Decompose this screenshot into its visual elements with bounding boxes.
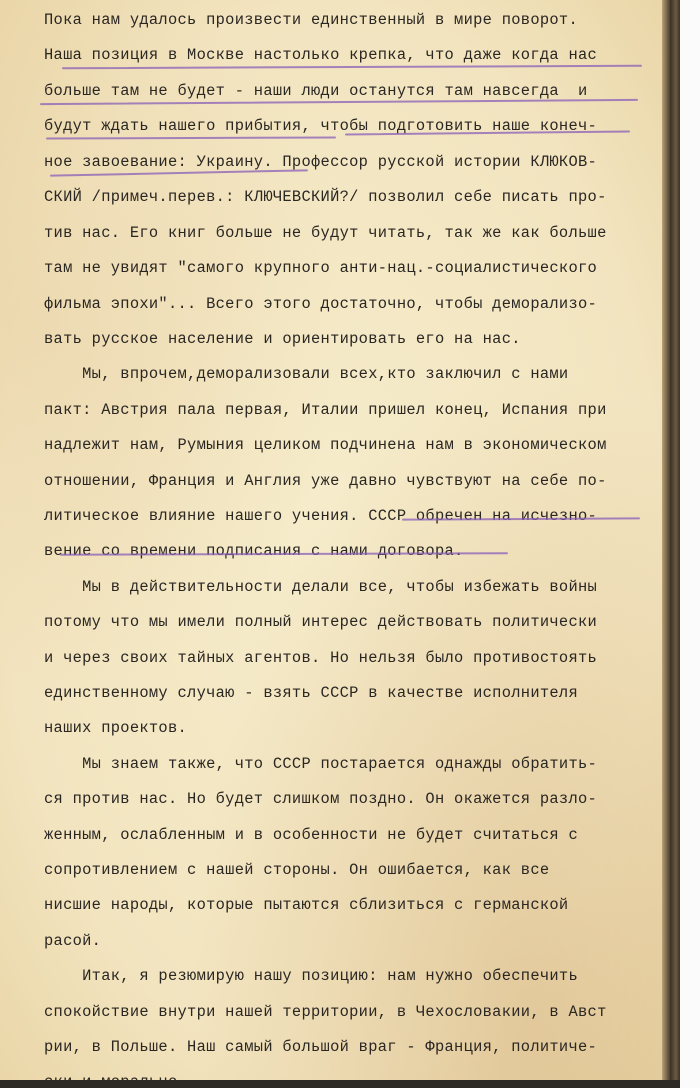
text-line: пакт: Австрия пала первая, Италии пришел… (44, 400, 607, 420)
text-line: сопротивлением с нашей стороны. Он ошиба… (44, 860, 549, 880)
pen-underline (46, 136, 336, 139)
text-line: ное завоевание: Украину. Профессор русск… (44, 152, 597, 172)
text-line: ски и морально. (44, 1072, 187, 1080)
text-line: женным, ослабленным и в особенности не б… (44, 825, 578, 845)
text-line: вение со времени подписания с нами догов… (44, 541, 464, 561)
text-line: Наша позиция в Москве настолько крепка, … (44, 45, 597, 65)
text-line: вать русское население и ориентировать е… (44, 329, 521, 349)
text-line: Итак, я резюмирую нашу позицию: нам нужн… (44, 966, 578, 986)
text-line: Мы знаем также, что СССР постарается одн… (44, 754, 597, 774)
scan-bottom-border (0, 1080, 680, 1088)
text-line: и через своих тайных агентов. Но нельзя … (44, 648, 597, 668)
text-line: там не увидят "самого крупного анти-нац.… (44, 258, 597, 278)
text-line: фильма эпохи"... Всего этого достаточно,… (44, 294, 597, 314)
text-line: надлежит нам, Румыния целиком подчинена … (44, 435, 607, 455)
typewritten-page: Пока нам удалось произвести единственный… (0, 0, 662, 1080)
page-edge (662, 0, 670, 1080)
text-line: единственному случаю - взять СССР в каче… (44, 683, 578, 703)
text-line: ся против нас. Но будет слишком поздно. … (44, 789, 597, 809)
scan-margin (680, 0, 700, 1088)
text-line: Пока нам удалось произвести единственный… (44, 10, 578, 30)
binding-shadow (670, 0, 680, 1080)
pen-underline (62, 65, 642, 70)
text-line: литическое влияние нашего учения. СССР о… (44, 506, 597, 526)
text-line: нисшие народы, которые пытаются сблизить… (44, 895, 568, 915)
text-line: спокойствие внутри нашей территории, в Ч… (44, 1002, 607, 1022)
text-line: наших проектов. (44, 718, 187, 738)
text-line: потому что мы имели полный интерес дейст… (44, 612, 597, 632)
text-line: рии, в Польше. Наш самый большой враг - … (44, 1037, 597, 1057)
text-line: тив нас. Его книг больше не будут читать… (44, 223, 607, 243)
text-line: Мы, впрочем,деморализовали всех,кто закл… (44, 364, 568, 384)
text-line: Мы в действительности делали все, чтобы … (44, 577, 597, 597)
text-line: больше там не будет - наши люди останутс… (44, 81, 588, 101)
text-line: СКИЙ /примеч.перев.: КЛЮЧЕВСКИЙ?/ позвол… (44, 187, 607, 207)
text-line: расой. (44, 931, 101, 951)
text-line: отношении, Франция и Англия уже давно чу… (44, 471, 607, 491)
